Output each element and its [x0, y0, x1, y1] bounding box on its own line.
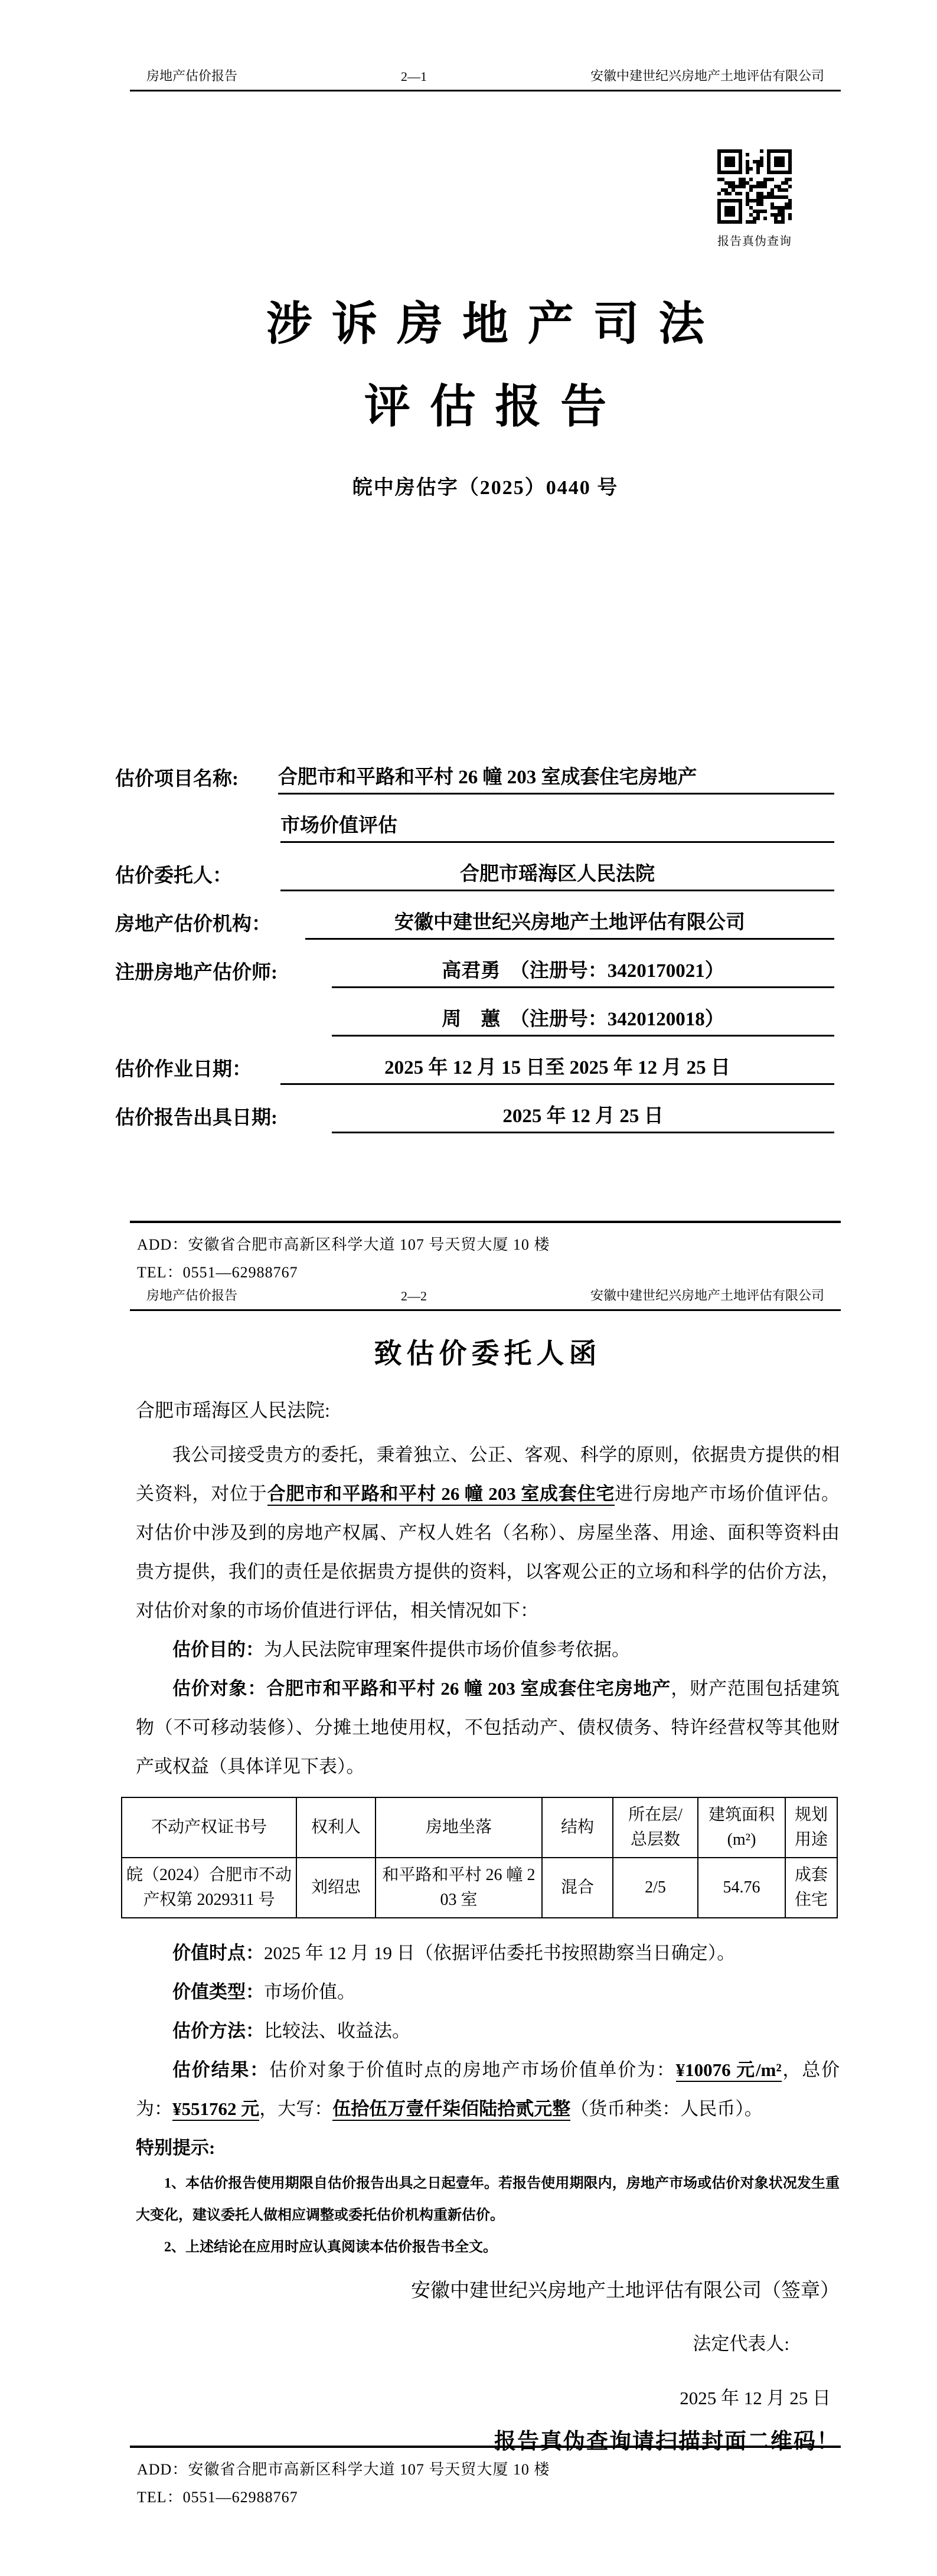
- qr-code-icon: [717, 149, 792, 224]
- col-structure: 结构: [542, 1797, 613, 1858]
- report-doc-number: 皖中房估字（2025）0440 号: [130, 471, 841, 500]
- field-agency: 房地产估价机构： 安徽中建世纪兴房地产土地评估有限公司: [115, 891, 834, 940]
- legal-representative-line: 法定代表人:: [136, 2325, 840, 2363]
- report-title-line1: 涉诉房地产司法: [130, 287, 841, 353]
- field-client: 估价委托人： 合肥市瑶海区人民法院: [115, 843, 834, 891]
- field-project-name-cont: 市场价值评估: [115, 795, 834, 843]
- letter-salutation: 合肥市瑶海区人民法院:: [136, 1391, 840, 1430]
- col-certificate-no: 不动产权证书号: [122, 1797, 296, 1858]
- header-company-name: 安徽中建世纪兴房地产土地评估有限公司: [590, 1286, 824, 1304]
- method-label: 估价方法：: [172, 2021, 264, 2041]
- header-doc-type: 房地产估价报告: [146, 66, 237, 84]
- object-subject: 合肥市和平路和平村 26 幢 203 室成套住宅房地产: [266, 1678, 671, 1699]
- field-issue-date: 估价报告出具日期: 2025 年 12 月 25 日: [115, 1085, 834, 1133]
- col-owner: 权利人: [296, 1797, 376, 1858]
- result-mid2: ，大写：: [259, 2098, 332, 2119]
- footer-phone: TEL：0551—62988767: [137, 1260, 841, 1282]
- page1-header: 房地产估价报告 2—1 安徽中建世纪兴房地产土地评估有限公司: [130, 66, 841, 91]
- col-floor: 所在层/ 总层数: [613, 1797, 698, 1858]
- letter-title: 致估价委托人函: [136, 1338, 840, 1371]
- value-time-text: 2025 年 12 月 19 日（依据评估委托书按照勘察当日确定）。: [264, 1943, 735, 1963]
- letter-intro-paragraph: 我公司接受贵方的委托，秉着独立、公正、客观、科学的原则，依据贵方提供的相关资料，…: [136, 1436, 840, 1630]
- value-time-label: 价值时点：: [172, 1943, 264, 1963]
- cell-area: 54.76: [698, 1858, 785, 1918]
- object-paragraph: 估价对象：合肥市和平路和平村 26 幢 203 室成套住宅房地产，财产范围包括建…: [136, 1669, 840, 1786]
- result-label: 估价结果：: [172, 2060, 269, 2080]
- value-type-text: 市场价值。: [264, 1982, 355, 2002]
- report-title-line2: 评估报告: [130, 370, 841, 436]
- value-type-label: 价值类型：: [172, 1982, 264, 2002]
- col-area: 建筑面积 (m²): [698, 1797, 785, 1858]
- cover-form: 估价项目名称: 合肥市和平路和平村 26 幢 203 室成套住宅房地产 市场价值…: [115, 746, 834, 1133]
- report-document: 房地产估价报告 2—1 安徽中建世纪兴房地产土地评估有限公司 报告真伪查询 涉诉…: [0, 0, 937, 2576]
- field-project-name: 估价项目名称: 合肥市和平路和平村 26 幢 203 室成套住宅房地产: [115, 746, 834, 795]
- qr-caption: 报告真伪查询: [716, 231, 793, 249]
- method-text: 比较法、收益法。: [264, 2021, 410, 2041]
- page2-footer: ADD：安徽省合肥市高新区科学大道 107 号天贸大厦 10 楼 TEL：055…: [130, 2446, 841, 2513]
- header-company-name: 安徽中建世纪兴房地产土地评估有限公司: [590, 66, 824, 84]
- special-note-1: 1、本估价报告使用期限自估价报告出具之日起壹年。若报告使用期限内，房地产市场或估…: [136, 2168, 840, 2231]
- field-label: [115, 839, 280, 843]
- cell-certificate-no: 皖（2024）合肥市不动产权第 2029311 号: [122, 1858, 296, 1918]
- field-label: 注册房地产估价师:: [115, 957, 332, 988]
- page2-header: 房地产估价报告 2—2 安徽中建世纪兴房地产土地评估有限公司: [130, 1286, 841, 1311]
- field-value: 周 蕙 （注册号：3420120018）: [332, 1003, 834, 1037]
- purpose-label: 估价目的：: [172, 1639, 264, 1660]
- object-label: 估价对象：: [172, 1678, 266, 1699]
- cell-location: 和平路和平村 26 幢 203 室: [376, 1858, 542, 1918]
- footer-address: ADD：安徽省合肥市高新区科学大道 107 号天贸大厦 10 楼: [137, 2457, 841, 2479]
- header-doc-type: 房地产估价报告: [146, 1286, 237, 1304]
- value-time-paragraph: 价值时点：2025 年 12 月 19 日（依据评估委托书按照勘察当日确定）。: [136, 1934, 840, 1973]
- cell-structure: 混合: [542, 1858, 613, 1918]
- header-page-number: 2—2: [401, 1289, 427, 1304]
- cell-floor: 2/5: [613, 1858, 698, 1918]
- field-label: [115, 1033, 332, 1037]
- company-signature-line: 安徽中建世纪兴房地产土地评估有限公司（签章）: [136, 2271, 840, 2310]
- signature-date: 2025 年 12 月 25 日: [136, 2379, 840, 2418]
- letter-to-client: 致估价委托人函 合肥市瑶海区人民法院: 我公司接受贵方的委托，秉着独立、公正、客…: [136, 1338, 840, 2461]
- field-label: 估价项目名称:: [115, 763, 278, 795]
- price-in-words: 伍拾伍万壹仟柒佰陆拾贰元整: [332, 2098, 570, 2121]
- qr-block: 报告真伪查询: [716, 149, 793, 249]
- field-label: 估价作业日期：: [115, 1054, 280, 1085]
- method-paragraph: 估价方法：比较法、收益法。: [136, 2012, 840, 2051]
- header-page-number: 2—1: [401, 69, 427, 84]
- total-price-value: ¥551762 元: [172, 2098, 259, 2121]
- field-value: 2025 年 12 月 15 日至 2025 年 12 月 25 日: [280, 1052, 834, 1085]
- field-appraiser-1: 注册房地产估价师: 高君勇 （注册号：3420170021）: [115, 940, 834, 988]
- result-pre: 估价对象于价值时点的房地产市场价值单价为：: [269, 2060, 676, 2080]
- field-appraiser-2: 周 蕙 （注册号：3420120018）: [115, 988, 834, 1037]
- field-label: 估价报告出具日期:: [115, 1102, 332, 1133]
- special-notice-label: 特别提示:: [136, 2129, 840, 2168]
- field-value: 合肥市和平路和平村 26 幢 203 室成套住宅房地产: [278, 761, 834, 795]
- result-post: （货币种类：人民币）。: [570, 2098, 763, 2119]
- field-value: 2025 年 12 月 25 日: [332, 1100, 834, 1133]
- page1-footer: ADD：安徽省合肥市高新区科学大道 107 号天贸大厦 10 楼 TEL：055…: [130, 1221, 841, 1288]
- subject-property-table: 不动产权证书号 权利人 房地坐落 结构 所在层/ 总层数 建筑面积 (m²) 规…: [121, 1797, 838, 1918]
- field-value: 安徽中建世纪兴房地产土地评估有限公司: [305, 907, 834, 940]
- cell-owner: 刘绍忠: [296, 1858, 376, 1918]
- table-header-row: 不动产权证书号 权利人 房地坐落 结构 所在层/ 总层数 建筑面积 (m²) 规…: [122, 1797, 837, 1858]
- purpose-text: 为人民法院审理案件提供市场价值参考依据。: [264, 1639, 630, 1660]
- field-value: 高君勇 （注册号：3420170021）: [332, 955, 834, 988]
- result-paragraph: 估价结果：估价对象于价值时点的房地产市场价值单价为：¥10076 元/m²，总价…: [136, 2051, 840, 2129]
- cell-use: 成套住宅: [785, 1858, 837, 1918]
- field-value: 市场价值评估: [280, 810, 834, 843]
- subject-property-text: 合肥市和平路和平村 26 幢 203 室成套住宅: [267, 1483, 615, 1506]
- special-note-2: 2、上述结论在应用时应认真阅读本估价报告书全文。: [136, 2231, 840, 2263]
- field-label: 房地产估价机构：: [115, 908, 305, 940]
- col-use: 规划 用途: [785, 1797, 837, 1858]
- unit-price-value: ¥10076 元/m²: [676, 2060, 782, 2082]
- field-work-dates: 估价作业日期： 2025 年 12 月 15 日至 2025 年 12 月 25…: [115, 1037, 834, 1085]
- footer-phone: TEL：0551—62988767: [137, 2485, 841, 2507]
- purpose-paragraph: 估价目的：为人民法院审理案件提供市场价值参考依据。: [136, 1630, 840, 1669]
- table-row: 皖（2024）合肥市不动产权第 2029311 号 刘绍忠 和平路和平村 26 …: [122, 1858, 837, 1918]
- field-value: 合肥市瑶海区人民法院: [280, 858, 834, 891]
- value-type-paragraph: 价值类型：市场价值。: [136, 1973, 840, 2012]
- col-location: 房地坐落: [376, 1797, 542, 1858]
- footer-address: ADD：安徽省合肥市高新区科学大道 107 号天贸大厦 10 楼: [137, 1233, 841, 1254]
- field-label: 估价委托人：: [115, 860, 280, 891]
